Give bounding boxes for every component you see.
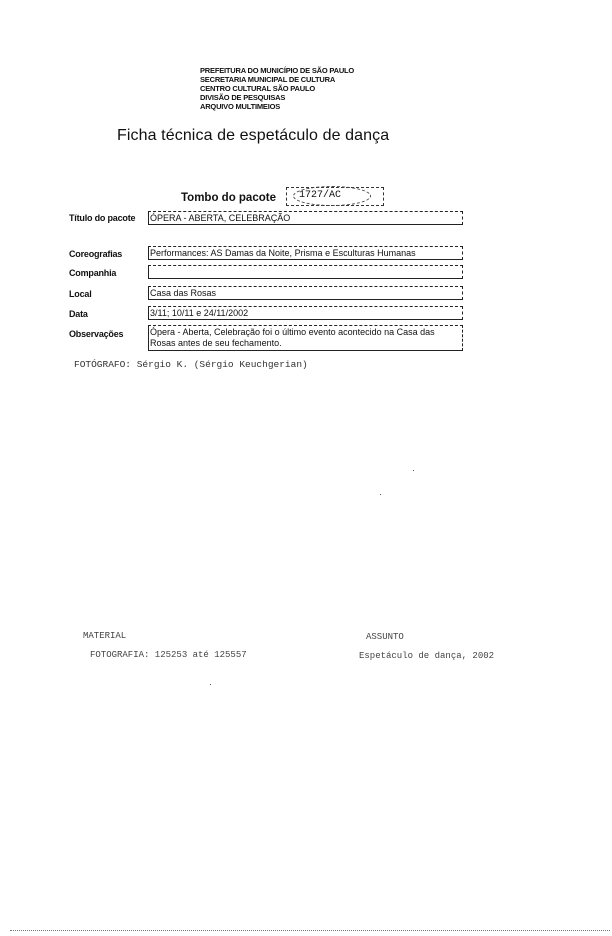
scan-speck bbox=[413, 470, 414, 471]
header-line: ARQUIVO MULTIMEIOS bbox=[200, 102, 354, 111]
scan-artifact-line bbox=[10, 930, 610, 932]
local-field: Casa das Rosas bbox=[148, 286, 463, 300]
titulo-field: ÓPERA - ABERTA, CELEBRAÇÃO bbox=[148, 211, 463, 225]
header-line: CENTRO CULTURAL SÃO PAULO bbox=[200, 84, 354, 93]
data-label: Data bbox=[69, 309, 88, 319]
assunto-label: ASSUNTO bbox=[366, 632, 404, 642]
institution-header: PREFEITURA DO MUNICÍPIO DE SÃO PAULO SEC… bbox=[200, 66, 354, 111]
observacoes-field: Ópera - Aberta, Celebração foi o último … bbox=[148, 325, 463, 351]
coreografias-field: Performances: AS Damas da Noite, Prisma … bbox=[148, 246, 463, 260]
tombo-label: Tombo do pacote bbox=[181, 192, 276, 204]
assunto-value: Espetáculo de dança, 2002 bbox=[359, 651, 494, 661]
document-title: Ficha técnica de espetáculo de dança bbox=[117, 127, 389, 145]
header-line: SECRETARIA MUNICIPAL DE CULTURA bbox=[200, 75, 354, 84]
header-line: PREFEITURA DO MUNICÍPIO DE SÃO PAULO bbox=[200, 66, 354, 75]
local-label: Local bbox=[69, 289, 92, 299]
tombo-field: 1727/AC bbox=[286, 187, 384, 206]
companhia-field bbox=[148, 265, 463, 279]
observacoes-label: Observações bbox=[69, 329, 123, 339]
coreografias-label: Coreografias bbox=[69, 249, 122, 259]
photographer-note: FOTÓGRAFO: Sérgio K. (Sérgio Keuchgerian… bbox=[74, 359, 308, 370]
data-field: 3/11; 10/11 e 24/11/2002 bbox=[148, 306, 463, 320]
material-value: FOTOGRAFIA: 125253 até 125557 bbox=[90, 650, 247, 660]
tombo-value: 1727/AC bbox=[299, 190, 341, 201]
material-label: MATERIAL bbox=[83, 631, 126, 641]
titulo-label: Título do pacote bbox=[69, 213, 135, 223]
scan-speck bbox=[380, 494, 381, 495]
companhia-label: Companhia bbox=[69, 268, 116, 278]
header-line: DIVISÃO DE PESQUISAS bbox=[200, 93, 354, 102]
scan-speck bbox=[210, 684, 211, 685]
